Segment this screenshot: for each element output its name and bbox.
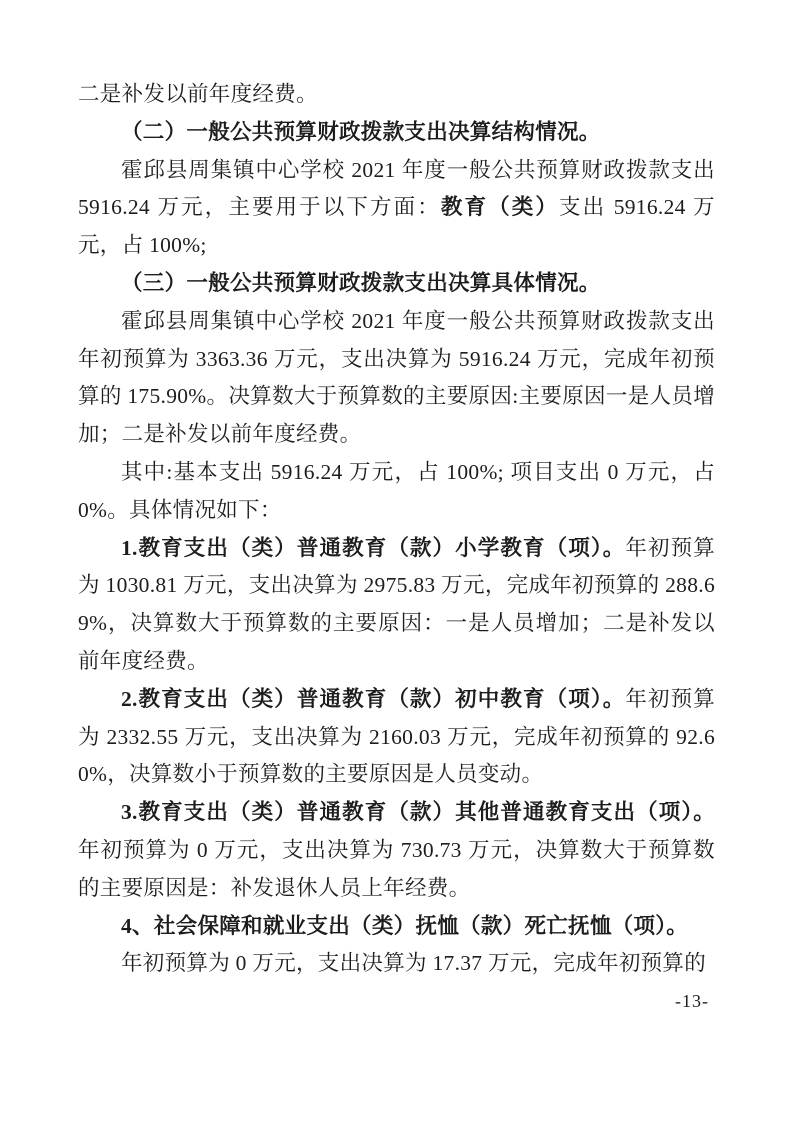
item-3-other-general-education: 3.教育支出（类）普通教育（款）其他普通教育支出（项）。年初预算为 0 万元，支… (78, 794, 715, 907)
bold-run: 2.教育支出（类）普通教育（款）初中教育（项）。 (121, 687, 625, 711)
heading-run: （二）一般公共预算财政拨款支出决算结构情况。 (121, 120, 601, 144)
text-run: 年初预算为 0 万元，支出决算为 730.73 万元，决算数大于预算数的主要原因… (78, 838, 715, 900)
text-run: 其中:基本支出 5916.24 万元，占 100%; 项目支出 0 万元，占 0… (78, 460, 715, 522)
paragraph-expenditure-structure: 霍邱县周集镇中心学校 2021 年度一般公共预算财政拨款支出 5916.24 万… (78, 152, 715, 265)
bold-run: 3.教育支出（类）普通教育（款）其他普通教育支出（项）。 (121, 800, 715, 824)
text-run: 年初预算为 0 万元，支出决算为 17.37 万元，完成年初预算的 (121, 951, 706, 975)
document-page: 二是补发以前年度经费。 （二）一般公共预算财政拨款支出决算结构情况。 霍邱县周集… (0, 0, 793, 1122)
item-2-middle-school-education: 2.教育支出（类）普通教育（款）初中教育（项）。年初预算为 2332.55 万元… (78, 681, 715, 794)
item-4-heading-death-pension: 4、社会保障和就业支出（类）抚恤（款）死亡抚恤（项）。 (78, 908, 715, 946)
text-run: 霍邱县周集镇中心学校 2021 年度一般公共预算财政拨款支出年初预算为 3363… (78, 309, 715, 446)
item-1-primary-education: 1.教育支出（类）普通教育（款）小学教育（项）。年初预算为 1030.81 万元… (78, 530, 715, 681)
heading-run: 4、社会保障和就业支出（类）抚恤（款）死亡抚恤（项）。 (121, 914, 688, 938)
section-heading-3: （三）一般公共预算财政拨款支出决算具体情况。 (78, 265, 715, 303)
bold-run: 教育（类） (441, 195, 559, 219)
paragraph-continuation: 二是补发以前年度经费。 (78, 76, 715, 114)
paragraph-expenditure-detail: 霍邱县周集镇中心学校 2021 年度一般公共预算财政拨款支出年初预算为 3363… (78, 303, 715, 454)
item-4-body: 年初预算为 0 万元，支出决算为 17.37 万元，完成年初预算的 (78, 945, 715, 983)
text-run: 二是补发以前年度经费。 (78, 82, 318, 106)
page-number: -13- (78, 983, 715, 1021)
heading-run: （三）一般公共预算财政拨款支出决算具体情况。 (121, 271, 601, 295)
section-heading-2: （二）一般公共预算财政拨款支出决算结构情况。 (78, 114, 715, 152)
bold-run: 1.教育支出（类）普通教育（款）小学教育（项）。 (121, 536, 625, 560)
paragraph-basic-project-breakdown: 其中:基本支出 5916.24 万元，占 100%; 项目支出 0 万元，占 0… (78, 454, 715, 530)
